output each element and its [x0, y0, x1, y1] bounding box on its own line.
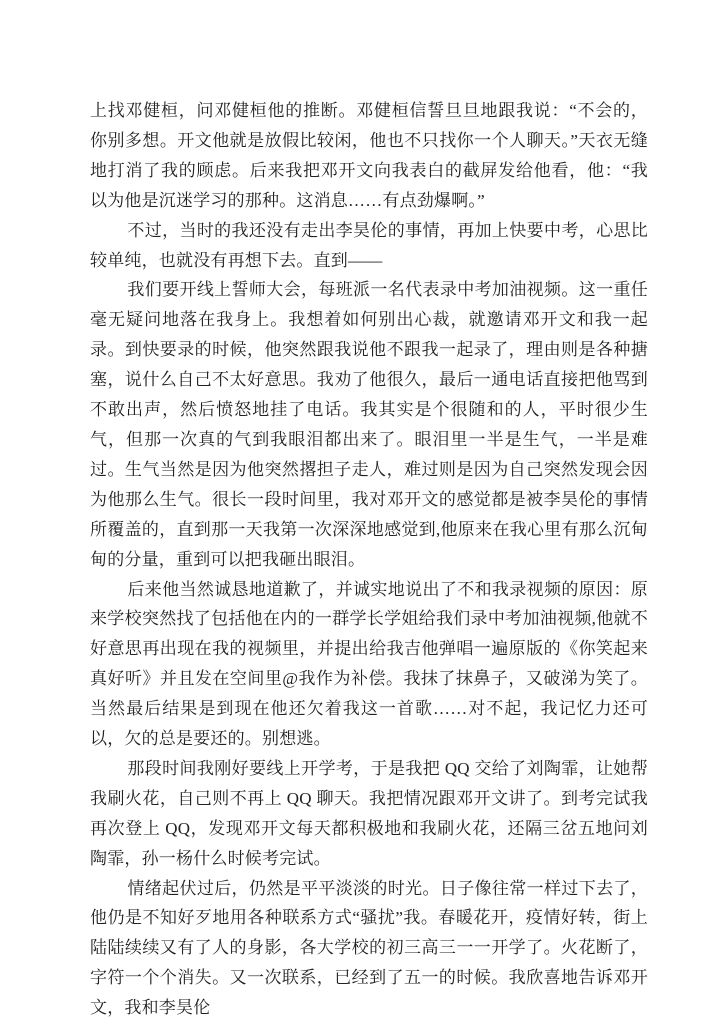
- paragraph: 后来他当然诚恳地道歉了，并诚实地说出了不和我录视频的原因：原来学校突然找了包括他…: [90, 575, 648, 754]
- paragraph: 我们要开线上誓师大会，每班派一名代表录中考加油视频。这一重任毫无疑问地落在我身上…: [90, 275, 648, 574]
- paragraph: 那段时间我刚好要线上开学考，于是我把 QQ 交给了刘陶霏，让她帮我刷火花，自己则…: [90, 754, 648, 874]
- text-column: 上找邓健桓，问邓健桓他的推断。邓健桓信誓旦旦地跟我说：“不会的，你别多想。开文他…: [90, 96, 648, 1023]
- paragraph: 不过，当时的我还没有走出李昊伦的事情，再加上快要中考，心思比较单纯，也就没有再想…: [90, 216, 648, 276]
- document-page: 上找邓健桓，问邓健桓他的推断。邓健桓信誓旦旦地跟我说：“不会的，你别多想。开文他…: [0, 0, 725, 1024]
- paragraph: 情绪起伏过后，仍然是平平淡淡的时光。日子像往常一样过下去了，他仍是不知好歹地用各…: [90, 874, 648, 1024]
- paragraph: 上找邓健桓，问邓健桓他的推断。邓健桓信誓旦旦地跟我说：“不会的，你别多想。开文他…: [90, 96, 648, 216]
